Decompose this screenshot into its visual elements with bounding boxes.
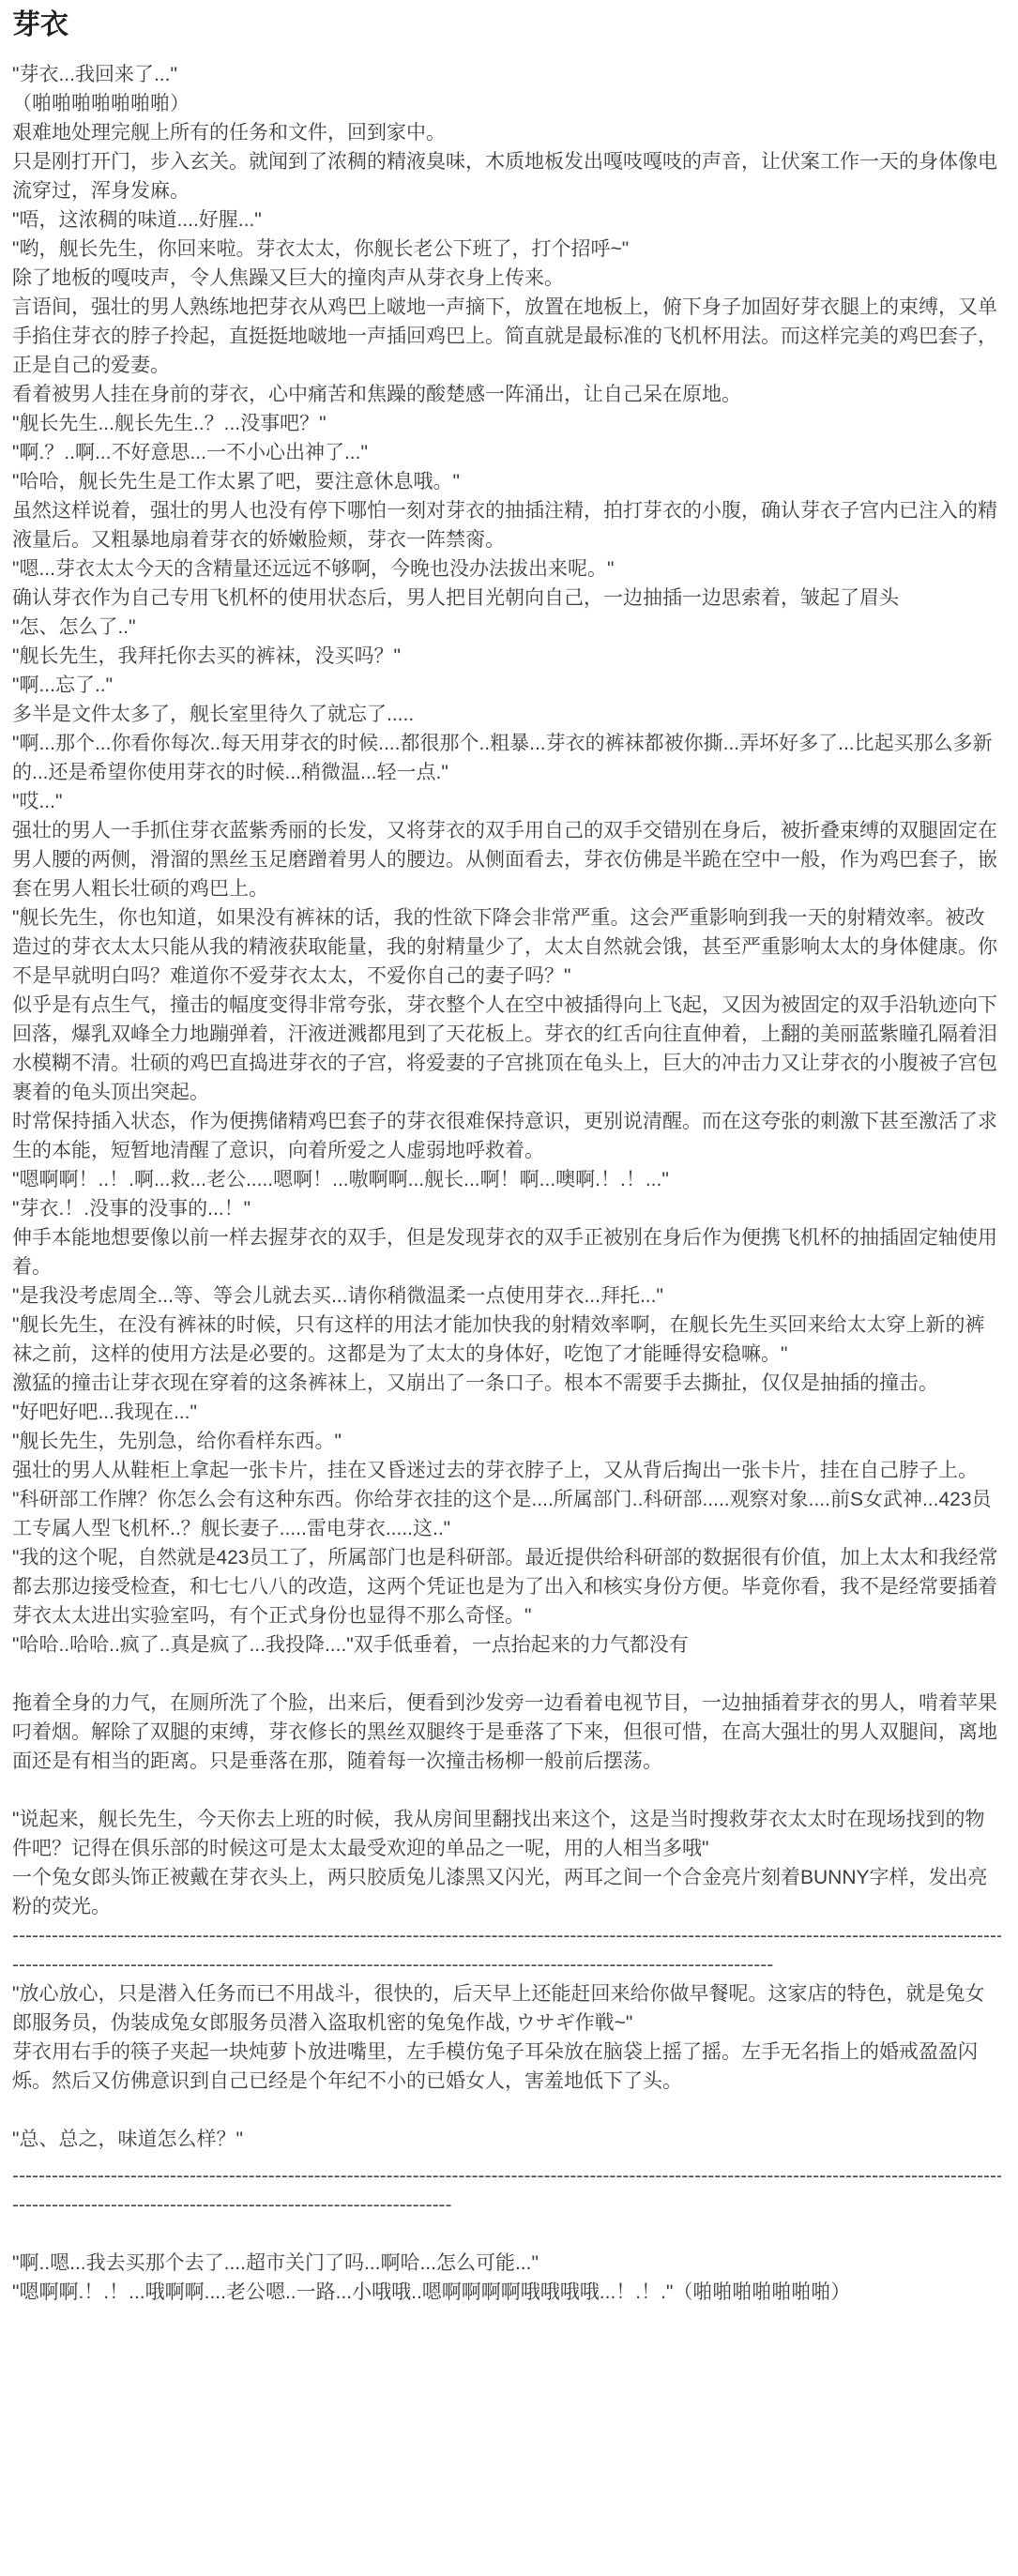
paragraph: 看着被男人挂在身前的芽衣，心中痛苦和焦躁的酸楚感一阵涌出，让自己呆在原地。 [12,380,1001,409]
paragraph: 强壮的男人一手抓住芽衣蓝紫秀丽的长发，又将芽衣的双手用自己的双手交错别在身后，被… [12,816,1001,903]
paragraph: 只是刚打开门，步入玄关。就闻到了浓稠的精液臭味，木质地板发出嘎吱嘎吱的声音，让伏… [12,147,1001,205]
paragraph: 时常保持插入状态，作为便携储精鸡巴套子的芽衣很难保持意识，更别说清醒。而在这夸张… [12,1107,1001,1165]
paragraph: "嗯...芽衣太太今天的含精量还远远不够啊，今晚也没办法拔出来呢。" [12,554,1001,583]
paragraph: 拖着全身的力气，在厕所洗了个脸，出来后，便看到沙发旁一边看着电视节目，一边抽插着… [12,1689,1001,1776]
separator-line: ----------------------------------------… [12,1921,1001,1950]
paragraph: "怎、怎么了.." [12,613,1001,642]
paragraph: 似乎是有点生气，撞击的幅度变得非常夸张，芽衣整个人在空中被插得向上飞起，又因为被… [12,991,1001,1107]
paragraph: "舰长先生，你也知道，如果没有裤袜的话，我的性欲下降会非常严重。这会严重影响到我… [12,903,1001,991]
paragraph: "总、总之，味道怎么样？" [12,2125,1001,2154]
paragraph: "科研部工作牌？你怎么会有这种东西。你给芽衣挂的这个是....所属部门..科研部… [12,1485,1001,1543]
paragraph: "是我没考虑周全...等、等会儿就去买...请你稍微温柔一点使用芽衣...拜托.… [12,1281,1001,1311]
paragraph: "芽衣.！.没事的没事的...！" [12,1194,1001,1223]
paragraph: "哎..." [12,787,1001,816]
separator-line: ----------------------------------------… [12,2161,1001,2190]
paragraph: "哈哈，舰长先生是工作太累了吧，要注意休息哦。" [12,467,1001,496]
paragraph: "啊.？..啊...不好意思...一不小心出神了..." [12,438,1001,467]
paragraph: "唔，这浓稠的味道....好腥..." [12,205,1001,235]
paragraph: "舰长先生，先别急，给你看样东西。" [12,1427,1001,1456]
paragraph: "说起来，舰长先生，今天你去上班的时候，我从房间里翻找出来这个，这是当时搜救芽衣… [12,1805,1001,1863]
paragraph: 一个兔女郎头饰正被戴在芽衣头上，两只胶质兔儿漆黑又闪光，两耳之间一个合金亮片刻着… [12,1863,1001,1921]
paragraph: "芽衣...我回来了..." [12,60,1001,89]
paragraph: "啊..嗯...我去买那个去了....超市关门了吗...啊哈...怎么可能...… [12,2249,1001,2278]
paragraph: "啊...忘了.." [12,671,1001,700]
paragraph: "啊...那个...你看你每次..每天用芽衣的时候....都很那个..粗暴...… [12,729,1001,787]
paragraph: "舰长先生...舰长先生..？...没事吧？" [12,409,1001,438]
paragraph: 虽然这样说着，强壮的男人也没有停下哪怕一刻对芽衣的抽插注精，拍打芽衣的小腹，确认… [12,496,1001,554]
paragraph: "哟，舰长先生，你回来啦。芽衣太太，你舰长老公下班了，打个招呼~" [12,235,1001,264]
paragraph: 芽衣用右手的筷子夹起一块炖萝卜放进嘴里，左手模仿兔子耳朵放在脑袋上摇了摇。左手无… [12,2038,1001,2096]
paragraph: "嗯啊啊！..！.啊...救...老公.....嗯啊！...嗷啊啊...舰长..… [12,1165,1001,1194]
paragraph: 强壮的男人从鞋柜上拿起一张卡片，挂在又昏迷过去的芽衣脖子上，又从背后掏出一张卡片… [12,1456,1001,1485]
paragraph: "放心放心，只是潜入任务而已不用战斗，很快的，后天早上还能赶回来给你做早餐呢。这… [12,1979,1001,2038]
paragraph: 艰难地处理完舰上所有的任务和文件，回到家中。 [12,118,1001,147]
paragraph: "嗯啊啊.！.！...哦啊啊....老公嗯..一路...小哦哦..嗯啊啊啊啊哦哦… [12,2278,1001,2307]
paragraph: 除了地板的嘎吱声，令人焦躁又巨大的撞肉声从芽衣身上传来。 [12,264,1001,293]
paragraph: "舰长先生，我拜托你去买的裤袜，没买吗？" [12,642,1001,671]
paragraph: 言语间，强壮的男人熟练地把芽衣从鸡巴上啵地一声摘下，放置在地板上，俯下身子加固好… [12,293,1001,380]
separator-line: ----------------------------------------… [12,1950,1001,1979]
paragraph: "哈哈..哈哈..疯了..真是疯了...我投降...."双手低垂着，一点抬起来的… [12,1630,1001,1659]
paragraph: 伸手本能地想要像以前一样去握芽衣的双手，但是发现芽衣的双手正被别在身后作为便携飞… [12,1223,1001,1281]
paragraph: "好吧好吧...我现在..." [12,1398,1001,1427]
paragraph: （啪啪啪啪啪啪啪） [12,89,1001,118]
document-page: 芽衣 "芽衣...我回来了..." （啪啪啪啪啪啪啪） 艰难地处理完舰上所有的任… [0,0,1018,2576]
paragraph: 多半是文件太多了，舰长室里待久了就忘了..... [12,700,1001,729]
page-title: 芽衣 [12,8,1001,43]
paragraph: 激猛的撞击让芽衣现在穿着的这条裤袜上，又崩出了一条口子。根本不需要手去撕扯，仅仅… [12,1369,1001,1398]
separator-line: ----------------------------------------… [12,2190,1001,2220]
paragraph: "我的这个呢，自然就是423员工了，所属部门也是科研部。最近提供给科研部的数据很… [12,1543,1001,1630]
paragraph: "舰长先生，在没有裤袜的时候，只有这样的用法才能加快我的射精效率啊，在舰长先生买… [12,1311,1001,1369]
paragraph: 确认芽衣作为自己专用飞机杯的使用状态后，男人把目光朝向自己，一边抽插一边思索着，… [12,583,1001,613]
